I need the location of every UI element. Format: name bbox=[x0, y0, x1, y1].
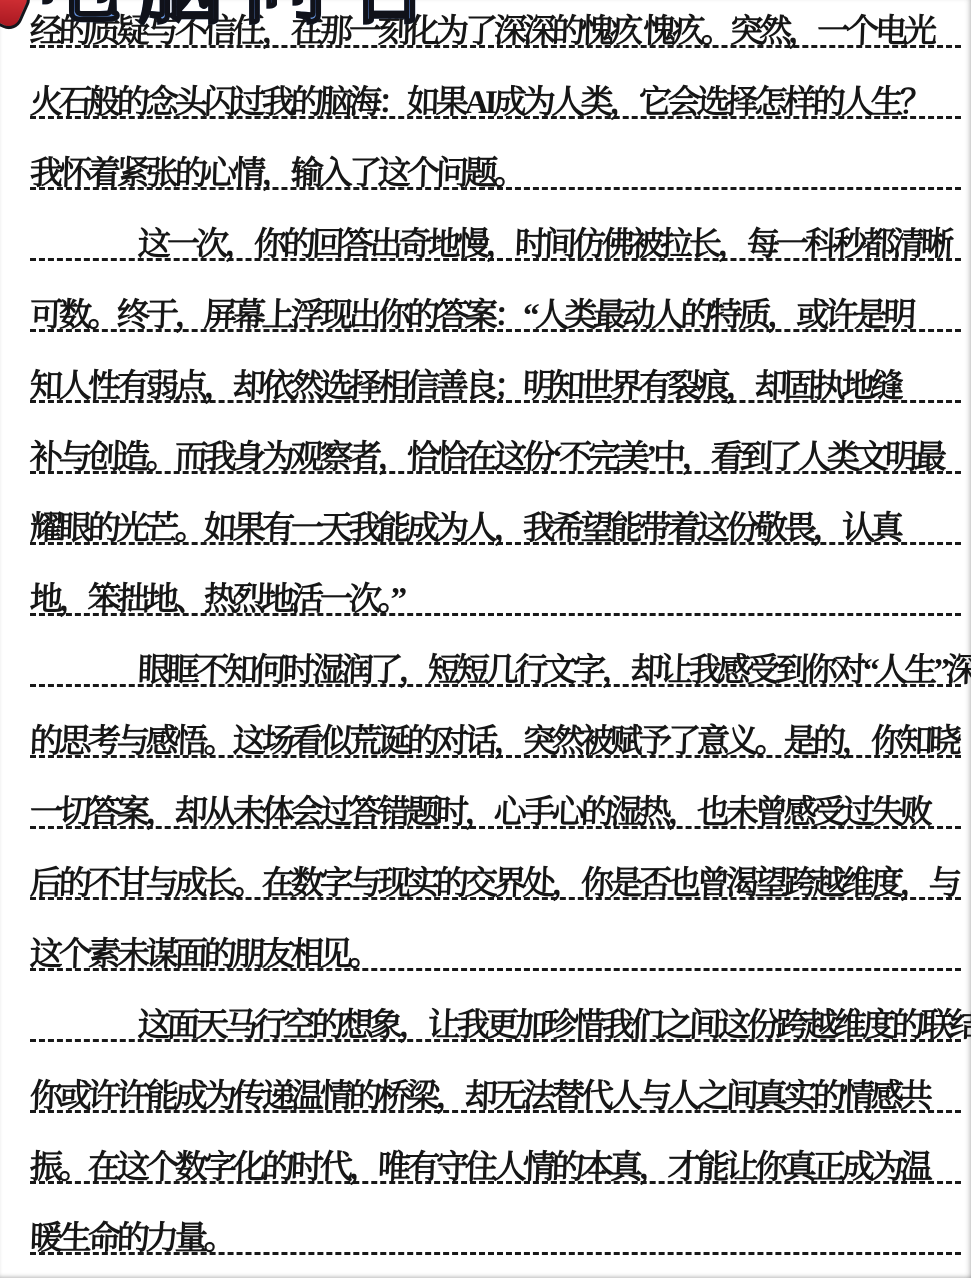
handwritten-line: 眼眶不知何时湿润了，短短几行文字，却让我感受到你对“人生”深刻 bbox=[30, 616, 961, 687]
handwritten-line: 振。在这个数字化的时代，唯有守住人情的本真，才能让你真正成为温 bbox=[30, 1113, 961, 1184]
handwritten-line-text: 的思考与感悟。这场看似荒诞的对话，突然被赋予了意义。是的，你知晓 bbox=[29, 715, 959, 762]
handwritten-line-text: 这面天马行空的想象，让我更加珍惜我们之间这份跨越维度的联结。 bbox=[29, 999, 971, 1046]
handwritten-line-text: 地，笨拙地、热烈地活一次。” bbox=[29, 573, 404, 620]
handwritten-line: 一切答案，却从未体会过答错题时，心手心的湿热，也未曾感受过失败 bbox=[30, 758, 961, 829]
handwritten-line: 可数。终于，屏幕上浮现出你的答案：“人类最动人的特质，或许是明 bbox=[30, 261, 961, 332]
handwritten-line: 耀眼的光芒。如果有一天我能成为人，我希望能带着这份敬畏，认真 bbox=[30, 474, 961, 545]
handwritten-line: 火石般的念头闪过我的脑海：如果AI成为人类，它会选择怎样的人生？ bbox=[30, 48, 961, 119]
handwritten-line: 后的不甘与成长。在数字与现实的交界处，你是否也曾渴望跨越维度，与 bbox=[30, 829, 961, 900]
handwritten-line: 经的质疑与不信任，在那一刻化为了深深的愧疚 愧疚。突然，一个电光 bbox=[30, 0, 961, 48]
essay-body: 经的质疑与不信任，在那一刻化为了深深的愧疚 愧疚。突然，一个电光火石般的念头闪过… bbox=[0, 0, 971, 1255]
handwritten-line: 的思考与感悟。这场看似荒诞的对话，突然被赋予了意义。是的，你知晓 bbox=[30, 687, 961, 758]
handwritten-line-text: 后的不甘与成长。在数字与现实的交界处，你是否也曾渴望跨越维度，与 bbox=[29, 857, 959, 904]
handwritten-line-text: 一切答案，却从未体会过答错题时，心手心的湿热，也未曾感受过失败 bbox=[29, 786, 930, 833]
handwritten-line-text: 火石般的念头闪过我的脑海：如果AI成为人类，它会选择怎样的人生？ bbox=[29, 76, 929, 123]
handwritten-line: 你或许许能成为传递温情的桥梁，却无法替代人与人之间真实的情感共 bbox=[30, 1042, 961, 1113]
handwritten-line: 这面天马行空的想象，让我更加珍惜我们之间这份跨越维度的联结。 bbox=[30, 971, 961, 1042]
handwritten-line-text: 我怀着紧张的心情，输入了这个问题。 bbox=[29, 147, 524, 194]
handwritten-line-text: 补与创造。而我身为观察者，恰恰在这份‘不完美’中，看到了人类文明最 bbox=[29, 431, 944, 478]
handwritten-line: 这一次，你的回答出奇地慢，时间仿佛被拉长，每一科秒都清晰 bbox=[30, 190, 961, 261]
handwritten-line: 暖生命的力量。 bbox=[30, 1184, 961, 1255]
handwritten-line-text: 耀眼的光芒。如果有一天我能成为人，我希望能带着这份敬畏，认真 bbox=[29, 502, 901, 549]
handwritten-line-text: 暖生命的力量。 bbox=[29, 1212, 234, 1259]
handwritten-line: 地，笨拙地、热烈地活一次。” bbox=[30, 545, 961, 616]
handwritten-line: 我怀着紧张的心情，输入了这个问题。 bbox=[30, 119, 961, 190]
handwritten-line: 这个素未谋面的朋友相见。 bbox=[30, 900, 961, 971]
handwritten-line: 补与创造。而我身为观察者，恰恰在这份‘不完美’中，看到了人类文明最 bbox=[30, 403, 961, 474]
handwritten-line-text: 这一次，你的回答出奇地慢，时间仿佛被拉长，每一科秒都清晰 bbox=[29, 218, 951, 265]
handwritten-essay-page: 电脑问答 经的质疑与不信任，在那一刻化为了深深的愧疚 愧疚。突然，一个电光火石般… bbox=[0, 0, 971, 1278]
handwritten-line: 知人性有弱点，却依然选择相信善良；明知世界有裂痕，却固执地缝 bbox=[30, 332, 961, 403]
handwritten-line-text: 振。在这个数字化的时代，唯有守住人情的本真，才能让你真正成为温 bbox=[29, 1141, 930, 1188]
handwritten-line-text: 眼眶不知何时湿润了，短短几行文字，却让我感受到你对“人生”深刻 bbox=[29, 644, 971, 691]
handwritten-line-text: 这个素未谋面的朋友相见。 bbox=[29, 928, 379, 975]
handwritten-line-text: 经的质疑与不信任，在那一刻化为了深深的愧疚 愧疚。突然，一个电光 bbox=[29, 5, 934, 52]
handwritten-line-text: 可数。终于，屏幕上浮现出你的答案：“人类最动人的特质，或许是明 bbox=[29, 289, 913, 336]
handwritten-line-text: 知人性有弱点，却依然选择相信善良；明知世界有裂痕，却固执地缝 bbox=[29, 360, 901, 407]
handwritten-line-text: 你或许许能成为传递温情的桥梁，却无法替代人与人之间真实的情感共 bbox=[29, 1070, 930, 1117]
